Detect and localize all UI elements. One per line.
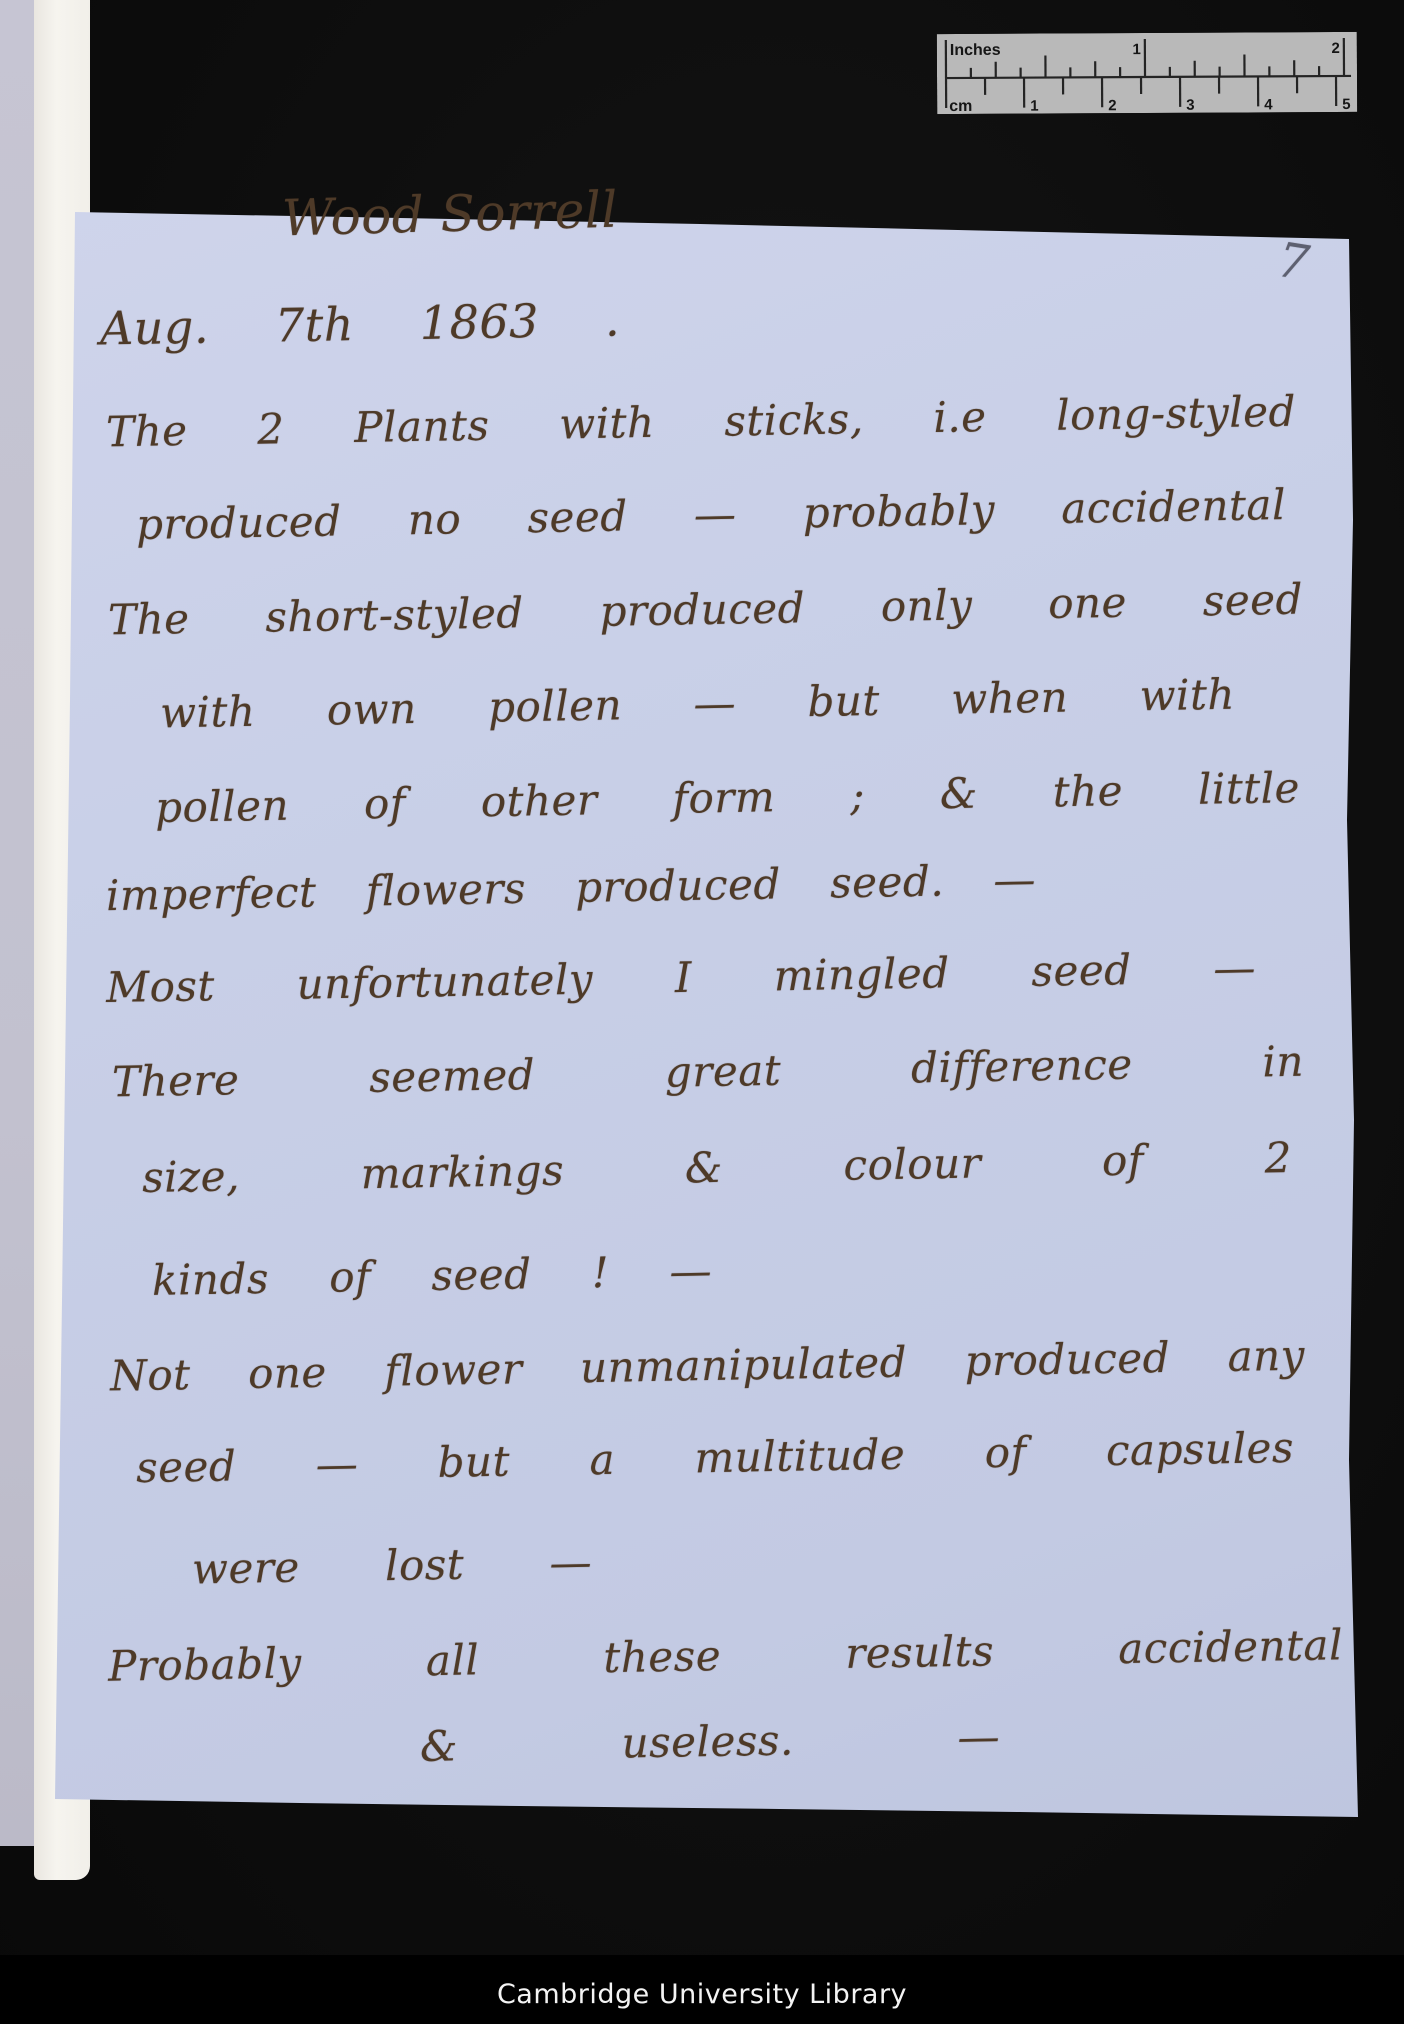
ruler-cm-5: 5: [1342, 96, 1350, 113]
ruler-cm-4: 4: [1264, 96, 1273, 113]
measurement-ruler: Inches 1 2 cm 1 2 3 4 5: [937, 32, 1357, 114]
manuscript-title: Wood Sorrell: [281, 179, 618, 250]
ruler-inches-label: Inches: [950, 42, 1001, 59]
photograph-canvas: Inches 1 2 cm 1 2 3 4 5 7 Wood Sorrell A…: [0, 0, 1404, 2024]
ruler-cm-3: 3: [1186, 97, 1194, 114]
ruler-cm-label: cm: [949, 98, 972, 114]
ruler-cm-2: 2: [1108, 97, 1116, 114]
manuscript-line: were lost —: [192, 1537, 593, 1596]
caption-bar: Cambridge University Library: [0, 1955, 1404, 2024]
library-caption: Cambridge University Library: [497, 1979, 907, 2010]
manuscript-date: Aug. 7th 1863 .: [100, 291, 621, 358]
manuscript-line: kinds of seed ! —: [152, 1245, 713, 1307]
adjacent-page-edge: [0, 0, 34, 1846]
manuscript-line: & useless. —: [420, 1711, 1001, 1774]
ruler-cm-1: 1: [1030, 98, 1038, 115]
ruler-inch-2: 2: [1331, 40, 1339, 57]
ruler-inch-1: 1: [1132, 41, 1140, 58]
